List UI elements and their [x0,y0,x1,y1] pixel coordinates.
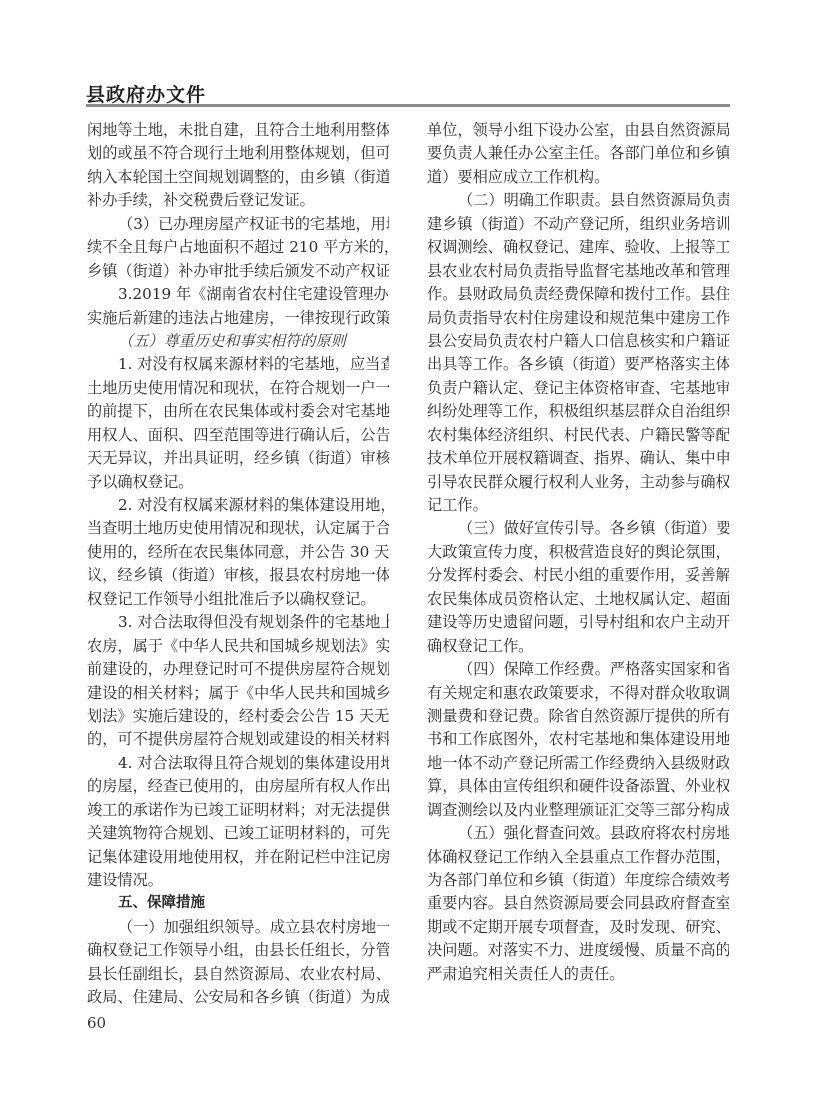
text-line: （三）做好宣传引导。各乡镇（街道）要加 [427,517,729,540]
text-line: 的前提下，由所在农民集体或村委会对宅基地使 [87,400,389,423]
text-line: 2. 对没有权属来源材料的集体建设用地，应 [87,494,389,517]
text-line: 技术单位开展权籍调查、指界、确认、集中申请， [427,447,729,470]
text-line: 关建筑物符合规划、已竣工证明材料的，可先登 [87,822,389,845]
text-line: 农村集体经济组织、村民代表、户籍民警等配合 [427,424,729,447]
text-line: （一）加强组织领导。成立县农村房地一体 [87,916,389,939]
text-line: 建设情况。 [87,869,389,892]
text-line: 出具等工作。各乡镇（街道）要严格落实主体责任， [427,353,729,376]
text-line: 补办手续，补交税费后登记发证。 [87,189,389,212]
text-line: 农民集体成员资格认定、土地权属认定、超面积 [427,588,729,611]
text-line: 政局、住建局、公安局和各乡镇（街道）为成员 [87,986,389,1009]
text-line: 确权登记工作领导小组，由县长任组长，分管副 [87,939,389,962]
text-line: 议，经乡镇（街道）审核，报县农村房地一体确 [87,564,389,587]
text-line: 前建设的，办理登记时可不提供房屋符合规划或 [87,658,389,681]
text-line: 局负责指导农村住房建设和规范集中建房工作。 [427,307,729,330]
text-line: 的房屋，经查已使用的，由房屋所有权人作出已 [87,775,389,798]
right-text-column: 单位，领导小组下设办公室，由县自然资源局主要负责人兼任办公室主任。各部门单位和乡… [427,119,729,986]
text-line: 县长任副组长，县自然资源局、农业农村局、财 [87,963,389,986]
text-line: 当查明土地历史使用情况和现状，认定属于合法 [87,517,389,540]
header-divider [86,104,730,107]
text-line: 3. 对合法取得但没有规划条件的宅基地上的 [87,611,389,634]
left-text-column: 闲地等土地，未批自建，且符合土地利用整体规划的或虽不符合现行土地利用整体规划，但… [87,119,389,1010]
text-line: 记集体建设用地使用权，并在附记栏中注记房屋 [87,846,389,869]
text-line: 续不全且每户占地面积不超过 210 平方米的，由 [87,236,389,259]
text-line: 农房，属于《中华人民共和国城乡规划法》实施 [87,635,389,658]
text-line: 地一体不动产登记所需工作经费纳入县级财政预 [427,752,729,775]
text-line: 负责户籍认定、登记主体资格审查、宅基地审批、 [427,377,729,400]
text-line: 用权人、面积、四至范围等进行确认后，公告 30 [87,424,389,447]
page-number: 60 [87,1014,106,1032]
text-line: 为各部门单位和乡镇（街道）年度综合绩效考评 [427,869,729,892]
text-line: 调查测绘以及内业整理颁证汇交等三部分构成。 [427,799,729,822]
text-line: 实施后新建的违法占地建房，一律按现行政策处理。 [87,307,389,330]
text-line: 天无异议，并出具证明，经乡镇（街道）审核后 [87,447,389,470]
text-line: 作。县财政局负责经费保障和拨付工作。县住建 [427,283,729,306]
text-line: （3）已办理房屋产权证书的宅基地，用地手 [87,213,389,236]
text-line: 大政策宣传力度，积极营造良好的舆论氛围，充 [427,541,729,564]
text-line: 4. 对合法取得且符合规划的集体建设用地上 [87,752,389,775]
text-line: （五）强化督查问效。县政府将农村房地一 [427,822,729,845]
text-line: 期或不定期开展专项督查，及时发现、研究、解 [427,916,729,939]
text-line: 县公安局负责农村户籍人口信息核实和户籍证明 [427,330,729,353]
text-line: 有关规定和惠农政策要求，不得对群众收取调查 [427,682,729,705]
text-line: （四）保障工作经费。严格落实国家和省市 [427,658,729,681]
text-line: 纳入本轮国土空间规划调整的，由乡镇（街道） [87,166,389,189]
text-line: 决问题。对落实不力、进度缓慢、质量不高的， [427,939,729,962]
text-line: 引导农民群众履行权利人业务，主动参与确权登 [427,471,729,494]
text-line: 权登记工作领导小组批准后予以确权登记。 [87,588,389,611]
text-line: 单位，领导小组下设办公室，由县自然资源局主 [427,119,729,142]
text-line: 闲地等土地，未批自建，且符合土地利用整体规 [87,119,389,142]
text-line: 算，具体由宣传组织和硬件设备添置、外业权属 [427,775,729,798]
text-line: 道）要相应成立工作机构。 [427,166,729,189]
text-line: 严肃追究相关责任人的责任。 [427,963,729,986]
text-line: （二）明确工作职责。县自然资源局负责组 [427,189,729,212]
text-line: 要负责人兼任办公室主任。各部门单位和乡镇（街 [427,142,729,165]
text-line: 的，可不提供房屋符合规划或建设的相关材料。 [87,728,389,751]
text-line: 书和工作底图外，农村宅基地和集体建设用地房 [427,728,729,751]
text-line: 使用的，经所在农民集体同意，并公告 30 天无异 [87,541,389,564]
text-line: 建设等历史遗留问题，引导村组和农户主动开展 [427,611,729,634]
text-line: 重要内容。县自然资源局要会同县政府督查室定 [427,892,729,915]
text-line: 记工作。 [427,494,729,517]
text-line: 测量费和登记费。除省自然资源厅提供的所有证 [427,705,729,728]
text-line: 1. 对没有权属来源材料的宅基地，应当查明 [87,353,389,376]
text-line: 权调测绘、确权登记、建库、验收、上报等工作。 [427,236,729,259]
text-line: 确权登记工作。 [427,635,729,658]
text-line: 划的或虽不符合现行土地利用整体规划，但可以 [87,142,389,165]
running-header-title: 县政府办文件 [86,80,206,107]
text-line: 竣工的承诺作为已竣工证明材料；对无法提供有 [87,799,389,822]
section-heading: 五、保障措施 [87,892,389,915]
text-line: 体确权登记工作纳入全县重点工作督办范围，作 [427,846,729,869]
text-line: 县农业农村局负责指导监督宅基地改革和管理工 [427,260,729,283]
text-line: 建乡镇（街道）不动产登记所，组织业务培训、 [427,213,729,236]
text-line: 3.2019 年《湖南省农村住宅建设管理办法》 [87,283,389,306]
text-line: 分发挥村委会、村民小组的重要作用，妥善解决 [427,564,729,587]
text-line: 划法》实施后建设的，经村委会公告 15 天无异议 [87,705,389,728]
text-line: 乡镇（街道）补办审批手续后颁发不动产权证。 [87,260,389,283]
text-line: 予以确权登记。 [87,471,389,494]
text-line: 建设的相关材料；属于《中华人民共和国城乡规 [87,682,389,705]
text-line: 土地历史使用情况和现状，在符合规划一户一宅” [87,377,389,400]
text-line: （五）尊重历史和事实相符的原则 [87,330,389,353]
text-line: 纠纷处理等工作，积极组织基层群众自治组织、 [427,400,729,423]
